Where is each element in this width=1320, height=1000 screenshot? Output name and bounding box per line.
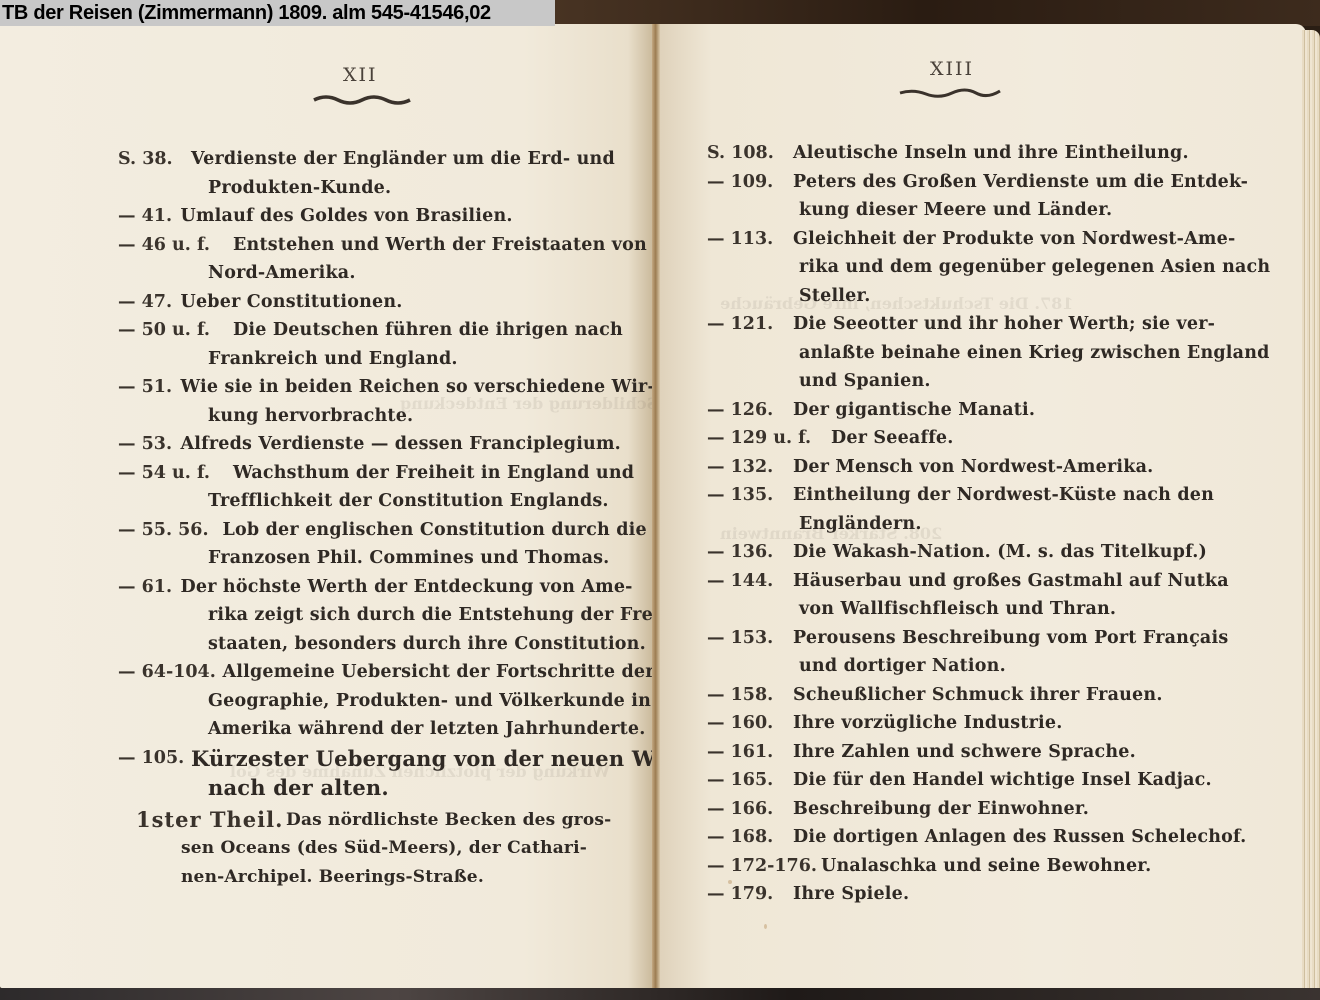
toc-entry: — 165.Die für den Handel wichtige Insel …: [707, 766, 1207, 795]
entry-title: Umlauf des Goldes von Brasilien.: [118, 202, 608, 231]
toc-entry: — 129 u. f.Der Seeaffe.: [707, 424, 1207, 453]
page-reference: — 166.: [707, 795, 773, 824]
page-reference: — 158.: [707, 681, 773, 710]
page-reference: — 46 u. f.: [118, 231, 210, 260]
page-reference: — 109.: [707, 168, 773, 197]
entry-title-continued: rika und dem gegenüber gelegenen Asien n…: [707, 253, 1207, 282]
book-gutter: [652, 24, 660, 990]
table-of-contents-right: S. 108.Aleutische Inseln und ihre Einthe…: [707, 139, 1207, 909]
page-reference: — 160.: [707, 709, 773, 738]
page-reference: — 172-176.: [707, 852, 817, 881]
toc-entry: — 121.Die Seeotter und ihr hoher Werth; …: [707, 310, 1207, 396]
page-reference: — 153.: [707, 624, 773, 653]
entry-title: Eintheilung der Nordwest-Küste nach den: [707, 481, 1207, 510]
entry-title: Ihre Zahlen und schwere Sprache.: [707, 738, 1207, 767]
ornament-rule: [312, 94, 412, 106]
page-reference: — 113.: [707, 225, 773, 254]
page-reference: — 53.: [118, 430, 172, 459]
toc-entry: — 160.Ihre vorzügliche Industrie.: [707, 709, 1207, 738]
paper-stain: [728, 880, 732, 884]
page-number: XIII: [930, 58, 974, 80]
entry-title: Der höchste Werth der Entdeckung von Ame…: [118, 573, 608, 602]
page-reference: — 50 u. f.: [118, 316, 210, 345]
entry-title-continued: Frankreich und England.: [118, 345, 608, 374]
toc-entry: — 47.Ueber Constitutionen.: [118, 288, 608, 317]
entry-title-continued: Amerika während der letzten Jahrhunderte…: [118, 715, 608, 744]
page-fore-edge: [1302, 30, 1320, 996]
entry-title: Die Wakash-Nation. (M. s. das Titelkupf.…: [707, 538, 1207, 567]
entry-title-continued: anlaßte beinahe einen Krieg zwischen Eng…: [707, 339, 1207, 368]
entry-title-continued: Engländern.: [707, 510, 1207, 539]
entry-title: Ueber Constitutionen.: [118, 288, 608, 317]
toc-entry: — 54 u. f.Wachsthum der Freiheit in Engl…: [118, 459, 608, 516]
toc-entry: — 113.Gleichheit der Produkte von Nordwe…: [707, 225, 1207, 311]
entry-title: Peters des Großen Verdienste um die Entd…: [707, 168, 1207, 197]
toc-entry: S. 108.Aleutische Inseln und ihre Einthe…: [707, 139, 1207, 168]
toc-entry: — 64-104.Allgemeine Uebersicht der Forts…: [118, 658, 608, 744]
page-reference: S. 108.: [707, 139, 774, 168]
entry-title: Häuserbau und großes Gastmahl auf Nutka: [707, 567, 1207, 596]
page-reference: — 121.: [707, 310, 773, 339]
entry-title-continued: Trefflichkeit der Constitution Englands.: [118, 487, 608, 516]
page-reference: — 161.: [707, 738, 773, 767]
page-reference: — 165.: [707, 766, 773, 795]
toc-entry: — 109.Peters des Großen Verdienste um di…: [707, 168, 1207, 225]
toc-entry: — 166.Beschreibung der Einwohner.: [707, 795, 1207, 824]
toc-entry: — 158.Scheußlicher Schmuck ihrer Frauen.: [707, 681, 1207, 710]
page-reference: — 144.: [707, 567, 773, 596]
entry-title: Alfreds Verdienste — dessen Franciplegiu…: [118, 430, 608, 459]
toc-entry: — 132.Der Mensch von Nordwest-Amerika.: [707, 453, 1207, 482]
toc-entry: — 144.Häuserbau und großes Gastmahl auf …: [707, 567, 1207, 624]
entry-title-continued: rika zeigt sich durch die Entstehung der…: [118, 601, 608, 630]
entry-title: Ihre Spiele.: [707, 880, 1207, 909]
entry-title-continued: nach der alten.: [118, 773, 608, 802]
toc-entry: — 61.Der höchste Werth der Entdeckung vo…: [118, 573, 608, 659]
entry-title: Die Seeotter und ihr hoher Werth; sie ve…: [707, 310, 1207, 339]
entry-title: Beschreibung der Einwohner.: [707, 795, 1207, 824]
toc-entry: — 41.Umlauf des Goldes von Brasilien.: [118, 202, 608, 231]
ornament-rule: [898, 87, 1002, 99]
page-reference: — 179.: [707, 880, 773, 909]
toc-entry: — 55. 56.Lob der englischen Constitution…: [118, 516, 608, 573]
page-reference: — 105.: [118, 744, 184, 773]
toc-entry: — 161.Ihre Zahlen und schwere Sprache.: [707, 738, 1207, 767]
toc-entry: — 126.Der gigantische Manati.: [707, 396, 1207, 425]
entry-title: Der gigantische Manati.: [707, 396, 1207, 425]
entry-title: Scheußlicher Schmuck ihrer Frauen.: [707, 681, 1207, 710]
entry-title-continued: und Spanien.: [707, 367, 1207, 396]
toc-entry: — 51.Wie sie in beiden Reichen so versch…: [118, 373, 608, 430]
page-reference: — 47.: [118, 288, 172, 317]
entry-title: Perousens Beschreibung vom Port Français: [707, 624, 1207, 653]
toc-entry: — 46 u. f.Entstehen und Werth der Freist…: [118, 231, 608, 288]
entry-title-continued: Steller.: [707, 282, 1207, 311]
page-reference: — 168.: [707, 823, 773, 852]
toc-entry: — 135.Eintheilung der Nordwest-Küste nac…: [707, 481, 1207, 538]
page-reference: — 129 u. f.: [707, 424, 811, 453]
part-description: sen Oceans (des Süd-Meers), der Cathari-: [136, 834, 626, 863]
toc-entry: — 168.Die dortigen Anlagen des Russen Sc…: [707, 823, 1207, 852]
page-reference: — 132.: [707, 453, 773, 482]
paper-stain: [764, 924, 767, 929]
page-reference: — 126.: [707, 396, 773, 425]
entry-title: Die für den Handel wichtige Insel Kadjac…: [707, 766, 1207, 795]
book-cover-bottom: [0, 988, 1320, 1000]
entry-title-continued: Produkten-Kunde.: [118, 174, 608, 203]
page-reference: — 54 u. f.: [118, 459, 210, 488]
page-reference: — 41.: [118, 202, 172, 231]
entry-title-continued: und dortiger Nation.: [707, 652, 1207, 681]
table-of-contents-left: S. 38.Verdienste der Engländer um die Er…: [118, 145, 608, 891]
toc-entry: — 153.Perousens Beschreibung vom Port Fr…: [707, 624, 1207, 681]
page-reference: — 51.: [118, 373, 172, 402]
entry-title-continued: Franzosen Phil. Commines und Thomas.: [118, 544, 608, 573]
part-heading: 1ster Theil.Das nördlichste Becken des g…: [136, 806, 626, 892]
entry-title: Der Mensch von Nordwest-Amerika.: [707, 453, 1207, 482]
page-reference: — 61.: [118, 573, 172, 602]
page-number: XII: [343, 64, 378, 86]
toc-entry: S. 38.Verdienste der Engländer um die Er…: [118, 145, 608, 202]
page-reference: — 136.: [707, 538, 773, 567]
page-reference: — 55. 56.: [118, 516, 209, 545]
entry-title-continued: kung dieser Meere und Länder.: [707, 196, 1207, 225]
entry-title: Aleutische Inseln und ihre Eintheilung.: [707, 139, 1207, 168]
entry-title: Verdienste der Engländer um die Erd- und: [118, 145, 608, 174]
entry-title-continued: Nord-Amerika.: [118, 259, 608, 288]
entry-title: Wie sie in beiden Reichen so verschieden…: [118, 373, 608, 402]
page-reference: — 135.: [707, 481, 773, 510]
entry-title-continued: Geographie, Produkten- und Völkerkunde i…: [118, 687, 608, 716]
toc-entry: — 53.Alfreds Verdienste — dessen Francip…: [118, 430, 608, 459]
left-page: XII Schilderung der Entdeckung Wirkung d…: [0, 24, 654, 988]
entry-title: Die dortigen Anlagen des Russen Schelech…: [707, 823, 1207, 852]
right-page: XIII 187. Die Tschuktschen, ihre Gebräuc…: [660, 24, 1306, 988]
entry-title-continued: staaten, besonders durch ihre Constituti…: [118, 630, 608, 659]
page-reference: — 64-104.: [118, 658, 216, 687]
part-description: nen-Archipel. Beerings-Straße.: [136, 863, 626, 892]
entry-title: Kürzester Uebergang von der neuen Welt: [118, 744, 608, 773]
toc-entry: — 172-176.Unalaschka und seine Bewohner.: [707, 852, 1207, 881]
entry-title-continued: von Wallfischfleisch und Thran.: [707, 595, 1207, 624]
page-reference: S. 38.: [118, 145, 173, 174]
toc-entry: — 50 u. f.Die Deutschen führen die ihrig…: [118, 316, 608, 373]
entry-title: Ihre vorzügliche Industrie.: [707, 709, 1207, 738]
part-label: 1ster Theil.: [136, 806, 283, 835]
entry-title: Gleichheit der Produkte von Nordwest-Ame…: [707, 225, 1207, 254]
toc-entry: — 136.Die Wakash-Nation. (M. s. das Tite…: [707, 538, 1207, 567]
image-caption: TB der Reisen (Zimmermann) 1809. alm 545…: [0, 0, 555, 26]
toc-entry: — 105.Kürzester Uebergang von der neuen …: [118, 744, 608, 802]
entry-title-continued: kung hervorbrachte.: [118, 402, 608, 431]
toc-entry: — 179.Ihre Spiele.: [707, 880, 1207, 909]
